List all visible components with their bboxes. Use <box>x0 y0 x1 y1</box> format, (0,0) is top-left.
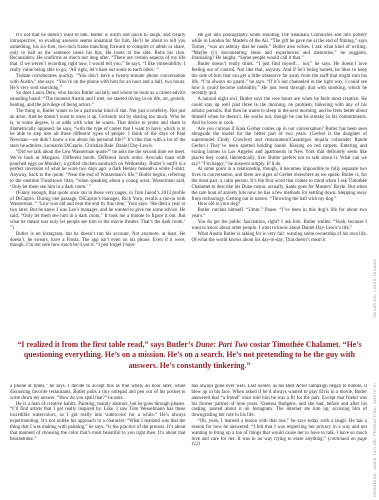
bottom-left-column: a phone at times,” he says. I decide to … <box>10 384 186 476</box>
vertical-credit-tailoring: TAILORING, LOUIS THOMAS <box>373 238 377 318</box>
paragraph: The thing is, Butler wants to be a parti… <box>10 109 186 150</box>
pull-quote: “I realized it from the first table read… <box>13 340 366 371</box>
magazine-page: It’s not that he doesn’t want to talk. B… <box>0 0 379 500</box>
paragraph: “Oh, yeah, I learned a lesson with that … <box>192 419 368 448</box>
pull-quote-text: “I realized it from the first table read… <box>17 340 195 349</box>
paragraph: At some point in a relationship, though,… <box>192 167 368 202</box>
paragraph: has always gone over well. Last winter, … <box>192 384 368 419</box>
paragraph: A natural night owl, Butler says the wee… <box>192 97 368 126</box>
paragraph: So does Laura Dern, who knows Butler soc… <box>10 91 186 109</box>
vertical-credit-grooming: GROOMING, JAMIE TAYLOR. PRODUCTION, NORT… <box>373 383 377 497</box>
paragraph: Butler doesn’t really drink. “I just fin… <box>192 62 368 97</box>
paragraph: Tisdale corroborates quickly. “You don’t… <box>10 74 186 92</box>
paragraph: (Funny enough, that quote once ran in th… <box>10 191 186 232</box>
bottom-right-column: has always gone over well. Last winter, … <box>192 384 368 476</box>
pull-quote-italic-title: Dune: Part Two <box>195 340 247 349</box>
top-section: It’s not that he doesn’t want to talk. B… <box>10 33 367 320</box>
paragraph: He got into photography when shooting Th… <box>192 33 368 62</box>
paragraph: Butler catches himself. “Umm.” Pause. “I… <box>192 208 368 220</box>
paragraph: “Did we talk about the Lew Wasserman quo… <box>10 150 186 191</box>
paragraph: You do get the public fascination, right… <box>192 220 368 232</box>
paragraph: a phone at times,” he says. I decide to … <box>10 384 186 402</box>
top-right-column: He got into photography when shooting Th… <box>192 33 368 320</box>
paragraph: It’s not that he doesn’t want to talk. B… <box>10 33 186 74</box>
paragraph: Are you curious if Kaia Gerber comes up … <box>192 127 368 168</box>
paragraph: He is a man of creative habits. Painting… <box>10 402 186 443</box>
top-left-column: It’s not that he doesn’t want to talk. B… <box>10 33 186 320</box>
paragraph: What Austin Butler is asking for is very… <box>192 232 368 244</box>
paragraph: Butler is on Instagram, but he doesn’t r… <box>10 232 186 250</box>
bottom-section: a phone at times,” he says. I decide to … <box>10 384 367 476</box>
